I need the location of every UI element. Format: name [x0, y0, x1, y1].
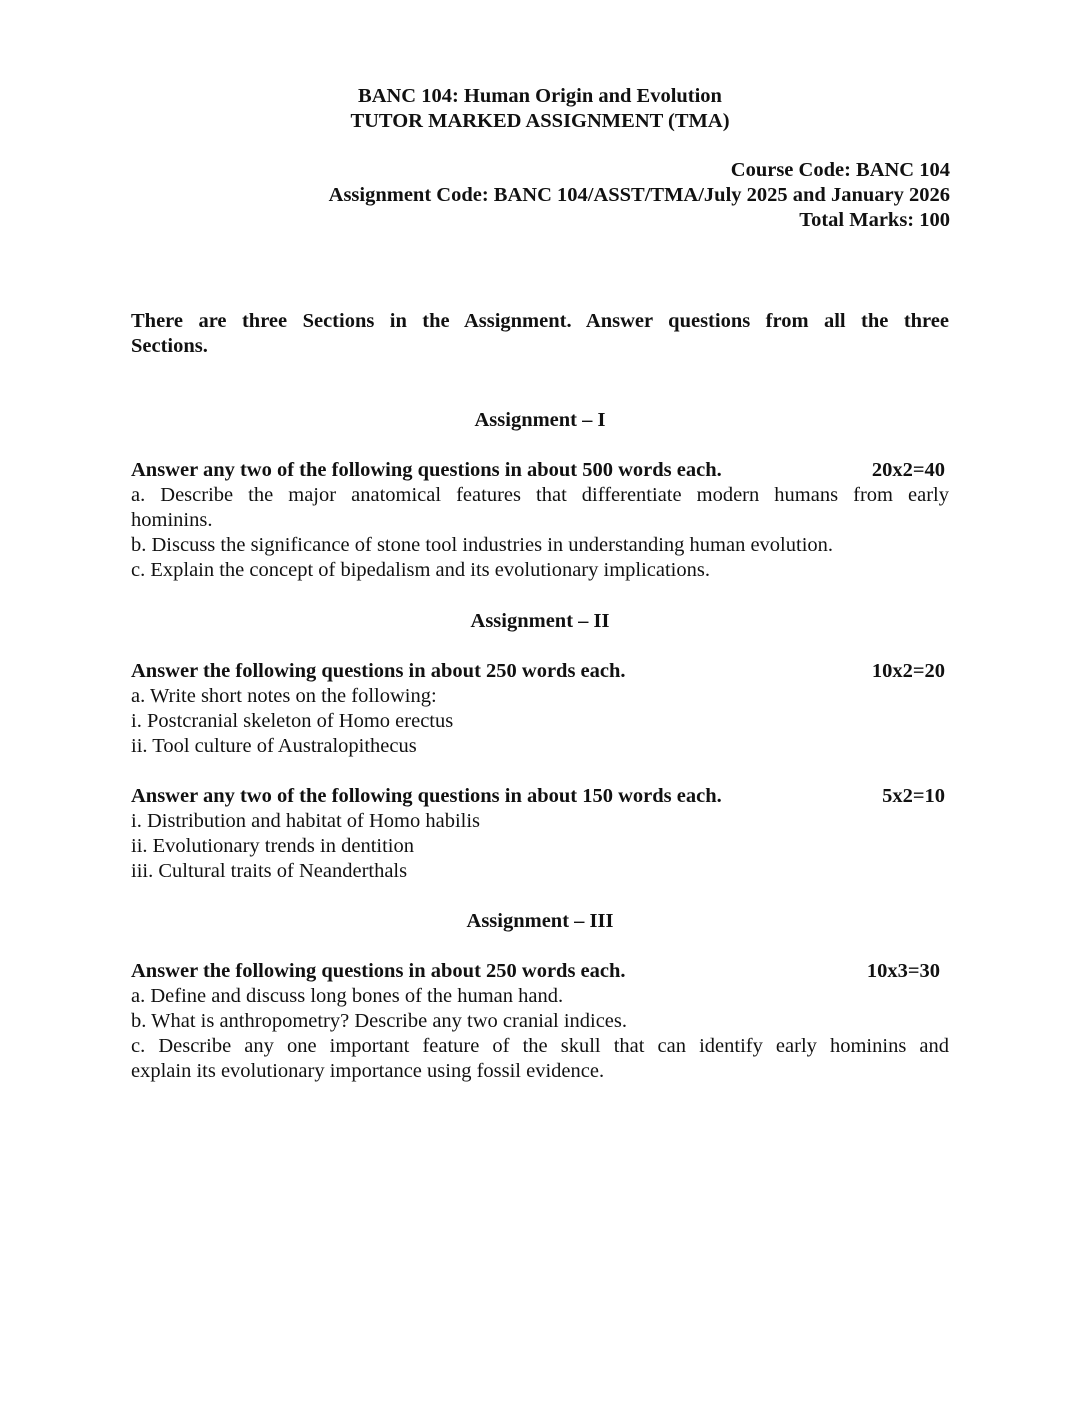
question-a: a. Describe the major anatomical feature… — [131, 483, 949, 533]
group-instruction: Answer the following questions in about … — [131, 660, 626, 682]
question-ii: ii. Evolutionary trends in dentition — [131, 834, 949, 859]
question-i: i. Distribution and habitat of Homo habi… — [131, 809, 949, 834]
group-instruction-row: Answer the following questions in about … — [131, 659, 949, 684]
assignment-page: BANC 104: Human Origin and Evolution TUT… — [0, 0, 1080, 1428]
group-instruction: Answer the following questions in about … — [131, 960, 626, 982]
question-c-line-1: c. Describe any one important feature of… — [131, 1034, 949, 1059]
question-a: a. Write short notes on the following: — [131, 684, 949, 709]
group-instruction-row: Answer the following questions in about … — [131, 959, 949, 984]
group-instruction: Answer any two of the following question… — [131, 785, 722, 807]
marks-badge: 20x2=40 — [872, 458, 945, 483]
assignment-type: TUTOR MARKED ASSIGNMENT (TMA) — [300, 109, 780, 134]
general-instruction: There are three Sections in the Assignme… — [131, 309, 949, 359]
assignment-code: Assignment Code: BANC 104/ASST/TMA/July … — [329, 183, 950, 208]
marks-badge: 5x2=10 — [882, 784, 945, 809]
assignment-1-group-1: Answer any two of the following question… — [131, 458, 949, 583]
section-heading-assignment-1: Assignment – I — [0, 408, 1080, 433]
course-code: Course Code: BANC 104 — [329, 158, 950, 183]
question-a-line-2: hominins. — [131, 509, 212, 531]
marks-badge: 10x3=30 — [867, 959, 940, 984]
document-title: BANC 104: Human Origin and Evolution TUT… — [300, 84, 780, 134]
total-marks: Total Marks: 100 — [329, 208, 950, 233]
question-b: b. What is anthropometry? Describe any t… — [131, 1009, 949, 1034]
question-ii: ii. Tool culture of Australopithecus — [131, 734, 949, 759]
section-heading-assignment-2: Assignment – II — [0, 609, 1080, 634]
question-a: a. Define and discuss long bones of the … — [131, 984, 949, 1009]
assignment-2-group-1: Answer the following questions in about … — [131, 659, 949, 759]
assignment-meta: Course Code: BANC 104 Assignment Code: B… — [329, 158, 950, 233]
question-a-line-1: a. Describe the major anatomical feature… — [131, 483, 949, 508]
question-iii: iii. Cultural traits of Neanderthals — [131, 859, 949, 884]
general-instruction-line-2: Sections. — [131, 335, 208, 357]
section-heading-assignment-3: Assignment – III — [0, 909, 1080, 934]
question-i: i. Postcranial skeleton of Homo erectus — [131, 709, 949, 734]
question-c: c. Explain the concept of bipedalism and… — [131, 558, 949, 583]
question-b: b. Discuss the significance of stone too… — [131, 533, 949, 558]
assignment-3-group-1: Answer the following questions in about … — [131, 959, 949, 1084]
group-instruction-row: Answer any two of the following question… — [131, 458, 949, 483]
question-c-line-2: explain its evolutionary importance usin… — [131, 1060, 604, 1082]
question-c: c. Describe any one important feature of… — [131, 1034, 949, 1084]
group-instruction-row: Answer any two of the following question… — [131, 784, 949, 809]
course-title: BANC 104: Human Origin and Evolution — [300, 84, 780, 109]
general-instruction-line-1: There are three Sections in the Assignme… — [131, 309, 949, 334]
group-instruction: Answer any two of the following question… — [131, 459, 722, 481]
assignment-2-group-2: Answer any two of the following question… — [131, 784, 949, 884]
marks-badge: 10x2=20 — [872, 659, 945, 684]
